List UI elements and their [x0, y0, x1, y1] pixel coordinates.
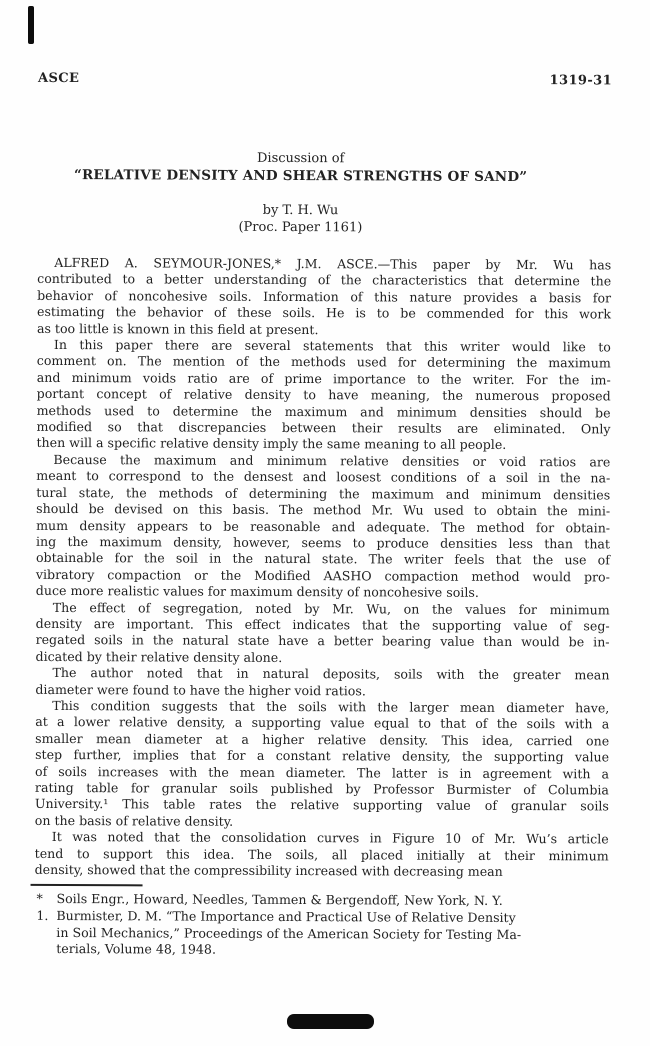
- journal-abbrev: ASCE: [38, 71, 79, 86]
- text-line: estimating the behavior of these soils. …: [37, 304, 611, 323]
- paragraph: In this paper there are several statemen…: [36, 337, 610, 454]
- document-page: ASCE 1319-31 Discussion of “RELATIVE DEN…: [0, 0, 650, 1046]
- paper-title: “RELATIVE DENSITY AND SHEAR STRENGTHS OF…: [14, 166, 588, 187]
- footnote-list: *Soils Engr., Howard, Needles, Tammen & …: [34, 891, 608, 961]
- paragraph: This condition suggests that the soils w…: [35, 698, 610, 832]
- paragraph: The effect of segregation, noted by Mr. …: [35, 599, 609, 667]
- text-line: duce more realistic values for maximum d…: [36, 583, 610, 602]
- text-line: density, showed that the compressibility…: [35, 862, 609, 881]
- text-line: should be devised on this basis. The met…: [36, 501, 610, 520]
- footnote-line: terials, Volume 48, 1948.: [56, 941, 608, 960]
- paper-ref: (Proc. Paper 1161): [13, 218, 587, 238]
- paragraph: ALFRED A. SEYMOUR-JONES,* J.M. ASCE.—Thi…: [37, 255, 611, 340]
- text-line: The author noted that in natural deposit…: [35, 665, 609, 684]
- footnote-marker: 1.: [36, 908, 48, 925]
- page-header: ASCE 1319-31: [38, 71, 612, 89]
- text-line: meant to correspond to the densest and l…: [36, 468, 610, 487]
- footnote-item: 1.Burmister, D. M. “The Importance and P…: [34, 908, 608, 961]
- paragraph: It was noted that the consolidation curv…: [35, 829, 609, 881]
- scanned-content: ASCE 1319-31 Discussion of “RELATIVE DEN…: [0, 0, 650, 1046]
- footnote-line: Burmister, D. M. “The Importance and Pra…: [56, 908, 608, 927]
- footnote-marker: *: [36, 891, 42, 908]
- paper-number: 1319-31: [550, 73, 613, 88]
- paragraph: The author noted that in natural deposit…: [35, 665, 609, 700]
- title-block: Discussion of “RELATIVE DENSITY AND SHEA…: [13, 149, 587, 238]
- text-line: It was noted that the consolidation curv…: [35, 829, 609, 848]
- text-line: step further, implies that for a constan…: [35, 747, 609, 766]
- body-text: ALFRED A. SEYMOUR-JONES,* J.M. ASCE.—Thi…: [35, 255, 612, 881]
- text-line: portant concept of relative density to h…: [37, 386, 611, 405]
- footnote-rule: [31, 884, 143, 886]
- footnotes: *Soils Engr., Howard, Needles, Tammen & …: [34, 884, 608, 961]
- paragraph: Because the maximum and minimum relative…: [36, 452, 611, 602]
